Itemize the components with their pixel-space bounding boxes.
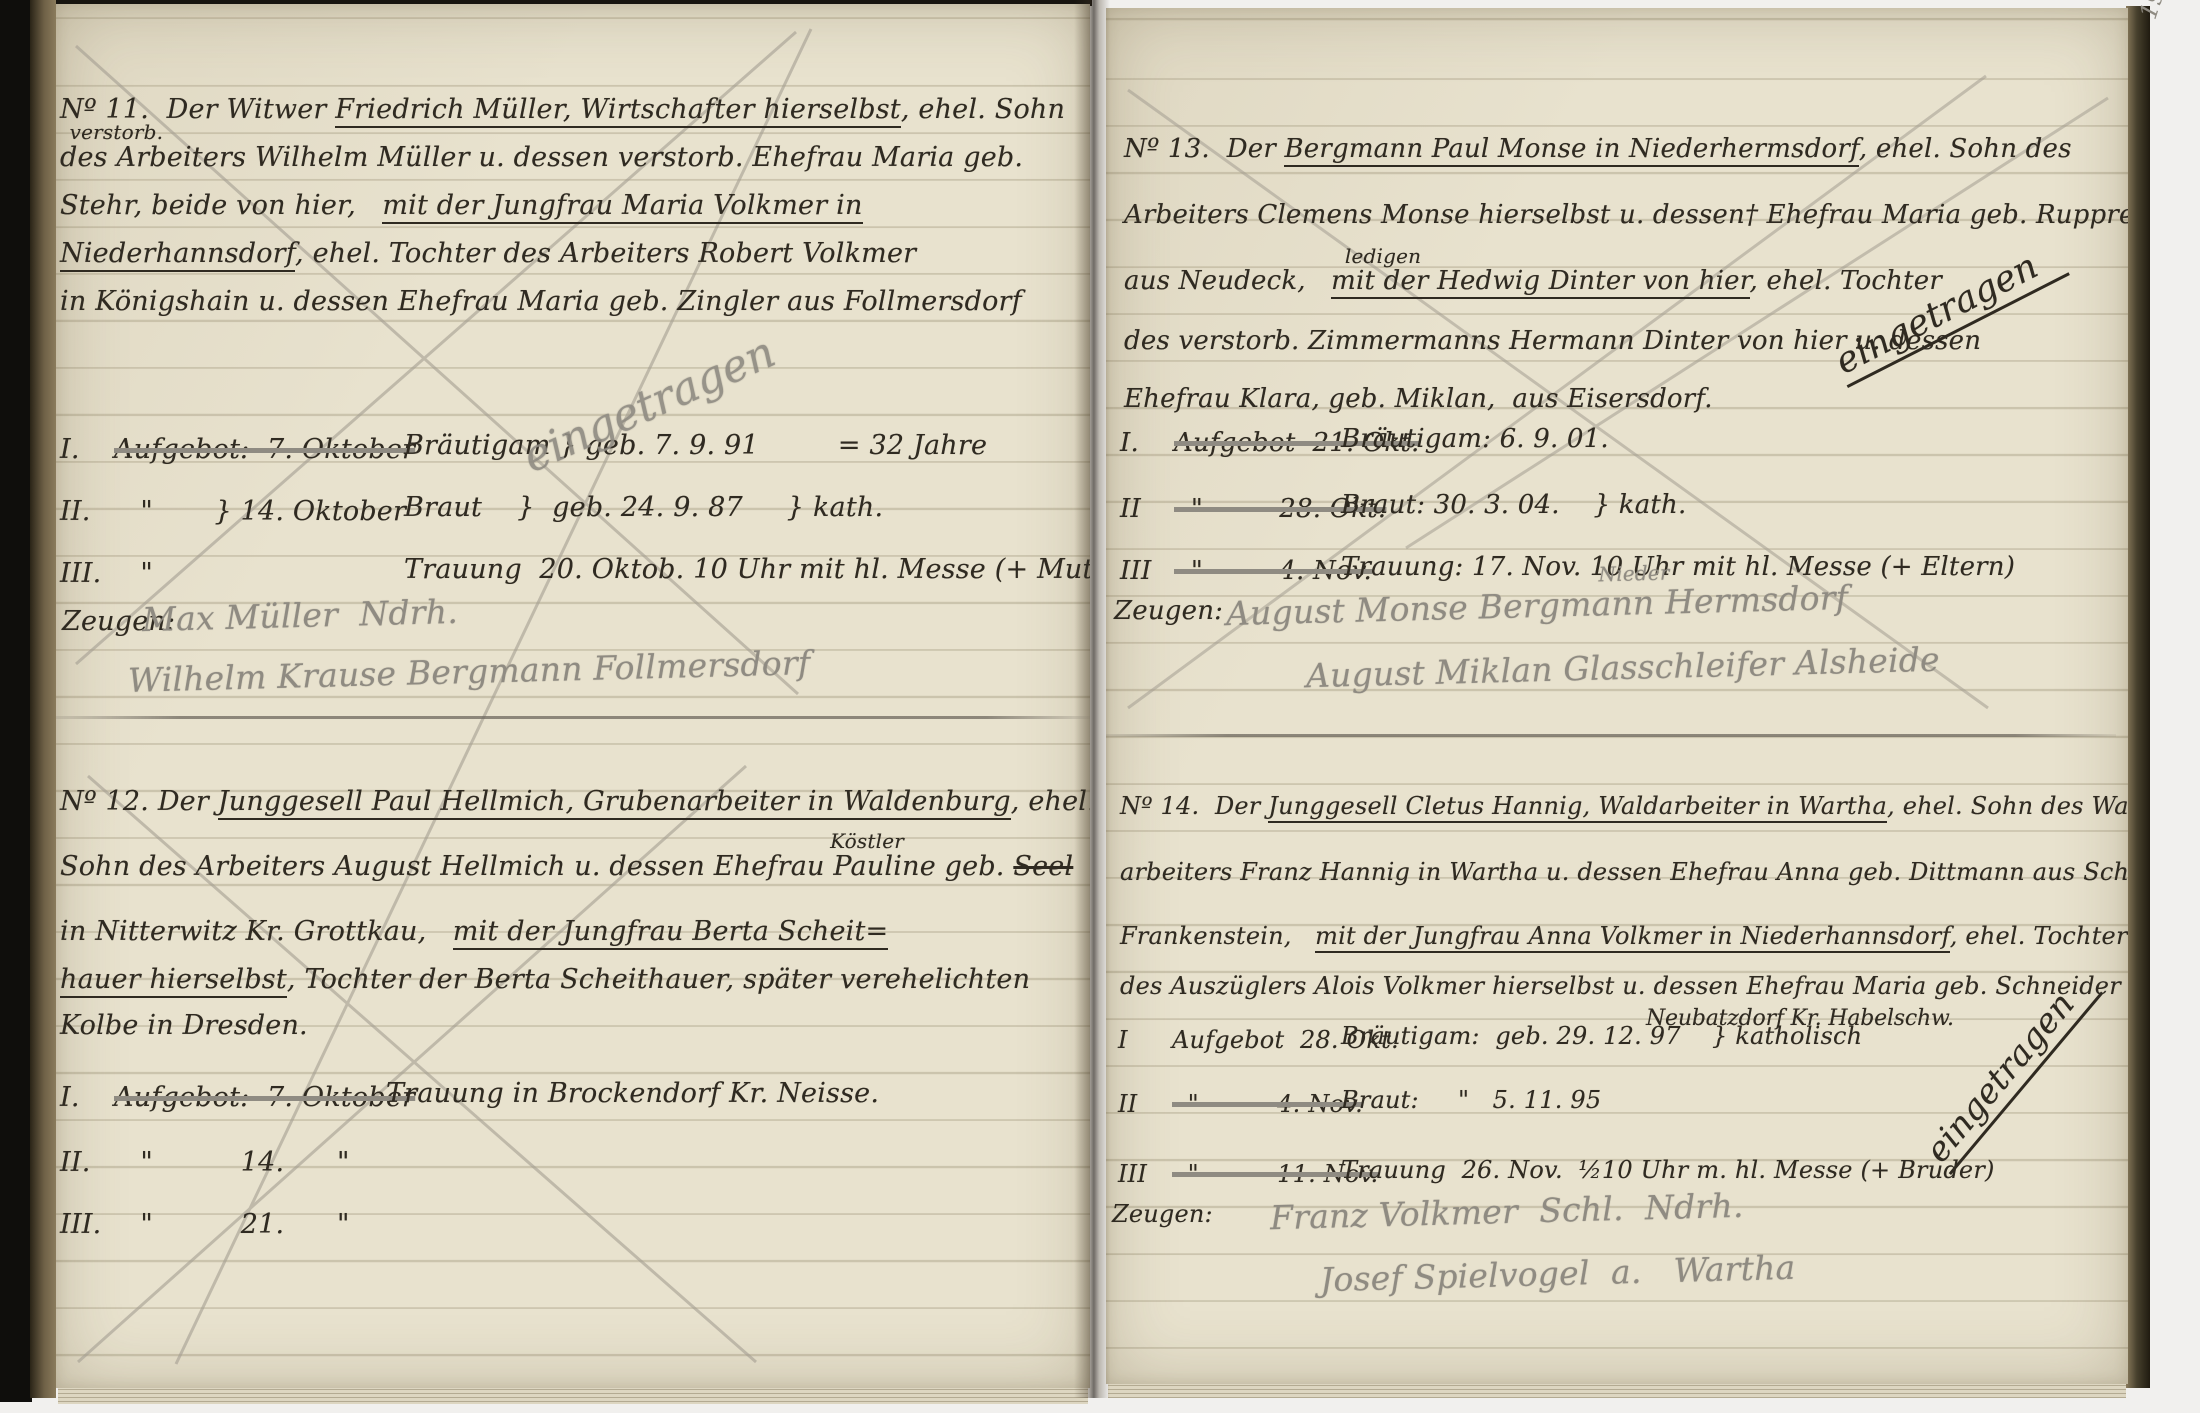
bann-numeral: I <box>1118 1026 1172 1054</box>
bann-numeral: II <box>1118 1090 1172 1118</box>
register-line: arbeiters Franz Hannig in Wartha u. dess… <box>1120 858 2128 886</box>
text-segment: , ehel. Sohn <box>901 94 1065 125</box>
bann-row: II " 4. Nov. <box>1118 1090 1363 1118</box>
text-segment: Niederhannsdorf <box>60 238 295 272</box>
text-segment: , ehel. Tochter <box>1950 922 2128 950</box>
bann-numeral: II. <box>60 496 114 527</box>
page-left: Nº 11. Der Witwer Friedrich Müller, Wirt… <box>56 4 1090 1388</box>
text-segment: , ehel. Sohn des Wald= <box>1887 792 2128 820</box>
text-segment: mit der Jungfrau Maria Volkmer in <box>382 190 862 224</box>
register-line: Nº 12. Der Junggesell Paul Hellmich, Gru… <box>60 786 1090 817</box>
bann-date: Aufgebot: 7. Oktober <box>114 434 415 465</box>
text-segment: , ehel. <box>1011 786 1090 817</box>
interlinear-insert: Köstler <box>830 829 904 853</box>
bann-detail: Bräutigam } geb. 7. 9. 91 = 32 Jahre <box>404 430 987 461</box>
page-stack-edge-right <box>1108 1382 2126 1398</box>
text-segment: , ehel. Tochter <box>1750 266 1942 296</box>
text-segment: hauer hierselbst <box>60 964 287 998</box>
page-right: Nº 13. Der Bergmann Paul Monse in Nieder… <box>1106 8 2128 1384</box>
bann-numeral: II <box>1120 494 1174 524</box>
text-segment: Nº 13. Der <box>1124 134 1284 164</box>
register-line: Kolbe in Dresden. <box>60 1010 308 1041</box>
text-segment: mit der Jungfrau Berta Scheit= <box>453 916 889 950</box>
text-segment: , ehel. Sohn des <box>1859 134 2072 164</box>
bann-detail: Braut: 30. 3. 04. } kath. <box>1341 490 1686 520</box>
bann-detail: Trauung in Brockendorf Kr. Neisse. <box>386 1078 879 1109</box>
text-segment: in Königshain u. dessen Ehefrau Maria ge… <box>60 286 1022 317</box>
witnesses-label: Zeugen: <box>1112 1200 1213 1228</box>
text-segment: Junggesell Paul Hellmich, Grubenarbeiter… <box>218 786 1011 820</box>
register-line: aus Neudeck, mit der Hedwig Dinter von h… <box>1124 266 1942 296</box>
bann-detail: Trauung: 17. Nov. 10 Uhr mit hl. Messe (… <box>1341 552 2015 582</box>
bann-detail: Bräutigam: 6. 9. 01. <box>1341 424 1609 454</box>
register-line: in Nitterwitz Kr. Grottkau, mit der Jung… <box>60 916 888 947</box>
book-cover-edge-right <box>2126 6 2150 1388</box>
text-segment: Ehefrau Klara, geb. Miklan, aus Eisersdo… <box>1124 384 1713 414</box>
bann-numeral: I. <box>60 434 114 465</box>
bann-detail: Trauung 20. Oktob. 10 Uhr mit hl. Messe … <box>404 554 1090 585</box>
bann-row: III " 4. Nov. <box>1120 556 1372 586</box>
bann-row: III. " <box>60 558 153 589</box>
register-line: Sohn des Arbeiters August Hellmich u. de… <box>60 851 1073 882</box>
bann-numeral: I. <box>60 1082 114 1113</box>
register-line: des Arbeiters Wilhelm Müller u. dessen v… <box>60 142 1023 173</box>
bann-row: I.Aufgebot: 7. Oktober <box>60 1082 415 1113</box>
bann-detail: Bräutigam: geb. 29. 12. 97 } katholisch <box>1341 1022 1862 1050</box>
text-segment: Sohn des Arbeiters August Hellmich u. de… <box>60 851 1013 882</box>
text-segment: aus Neudeck, <box>1124 266 1331 296</box>
bann-row: II. " } 14. Oktober <box>60 496 406 527</box>
text-segment: des Auszüglers Alois Volkmer hierselbst … <box>1120 972 2128 1000</box>
bann-numeral: III. <box>60 1209 114 1240</box>
bann-row: III " 11. Nov. <box>1118 1160 1378 1188</box>
bann-row: II. " 14. " <box>60 1147 350 1178</box>
witness-name: August Monse Bergmann HermsdorfNieder <box>1226 578 1849 633</box>
interlinear-insert: Nieder <box>1598 561 1670 587</box>
register-line: Frankenstein, mit der Jungfrau Anna Volk… <box>1120 922 2128 950</box>
register-line: Nº 11. Der Witwer Friedrich Müller, Wirt… <box>60 94 1065 125</box>
bann-date: " 14. " <box>114 1147 350 1178</box>
register-line: in Königshain u. dessen Ehefrau Maria ge… <box>60 286 1022 317</box>
text-segment: in Nitterwitz Kr. Grottkau, <box>60 916 453 947</box>
witness-name: Josef Spielvogel a. Wartha <box>1320 1248 1796 1299</box>
register-line: Stehr, beide von hier, mit der Jungfrau … <box>60 190 863 221</box>
bann-numeral: III <box>1120 556 1174 586</box>
text-segment: mit der Hedwig Dinter von hier <box>1331 266 1749 299</box>
bann-detail: Braut: " 5. 11. 95 <box>1341 1086 1601 1114</box>
scan-edge-left <box>0 0 32 1402</box>
text-segment: arbeiters Franz Hannig in Wartha u. dess… <box>1120 858 2128 886</box>
entry-divider <box>56 716 1090 719</box>
text-segment: Nº 14. Der <box>1120 792 1268 820</box>
bann-date: " <box>114 558 153 589</box>
bann-numeral: I. <box>1120 428 1174 458</box>
bann-detail: Braut } geb. 24. 9. 87 } kath. <box>404 492 883 523</box>
text-segment: , Tochter der Berta Scheithauer, später … <box>287 964 1030 995</box>
witness-name: Max Müller Ndrh. <box>142 592 459 639</box>
book-gutter-shadow <box>1074 0 1110 1398</box>
witness-name: August Miklan Glasschleifer Alsheide <box>1306 640 1941 696</box>
bann-numeral: III. <box>60 558 114 589</box>
text-segment: Junggesell Cletus Hannig, Waldarbeiter i… <box>1268 792 1887 823</box>
text-segment: , ehel. Tochter des Arbeiters Robert Vol… <box>295 238 916 269</box>
register-line: Arbeiters Clemens Monse hierselbst u. de… <box>1124 200 2128 230</box>
interlinear-insert: verstorb. <box>70 120 164 144</box>
register-line: hauer hierselbst, Tochter der Berta Sche… <box>60 964 1030 995</box>
bann-detail: Trauung 26. Nov. ½10 Uhr m. hl. Messe (+… <box>1341 1156 1995 1184</box>
register-line: des Auszüglers Alois Volkmer hierselbst … <box>1120 972 2128 1000</box>
bann-date: " 21. " <box>114 1209 350 1240</box>
bann-row: III. " 21. " <box>60 1209 350 1240</box>
text-segment: mit der Jungfrau Anna Volkmer in Niederh… <box>1315 922 1950 953</box>
book-cover-edge-left <box>30 0 56 1398</box>
bann-date: " 4. Nov. <box>1172 1090 1363 1118</box>
witness-name: Franz Volkmer Schl. Ndrh. <box>1270 1186 1744 1237</box>
register-line: Nº 13. Der Bergmann Paul Monse in Nieder… <box>1124 134 2072 164</box>
witnesses-label: Zeugen: <box>1114 596 1223 626</box>
scanned-register-spread: Nº 11. Der Witwer Friedrich Müller, Wirt… <box>0 0 2200 1413</box>
witness-name: Wilhelm Krause Bergmann Follmersdorf <box>128 643 811 700</box>
text-segment: Friedrich Müller, Wirtschafter hierselbs… <box>335 94 901 128</box>
register-line: Niederhannsdorf, ehel. Tochter des Arbei… <box>60 238 916 269</box>
text-segment: Frankenstein, <box>1120 922 1315 950</box>
bann-date: " } 14. Oktober <box>114 496 406 527</box>
page-stack-edge-left <box>58 1386 1088 1404</box>
processed-annotation: eingetragen <box>1827 234 2070 388</box>
text-segment: Stehr, beide von hier, <box>60 190 382 221</box>
bann-row: I.Aufgebot: 7. Oktober <box>60 434 415 465</box>
bann-numeral: II. <box>60 1147 114 1178</box>
bann-numeral: III <box>1118 1160 1172 1188</box>
register-line: Ehefrau Klara, geb. Miklan, aus Eisersdo… <box>1124 384 1713 414</box>
text-segment: Arbeiters Clemens Monse hierselbst u. de… <box>1124 200 2128 230</box>
text-segment: Nº 12. Der <box>60 786 218 817</box>
text-segment: Bergmann Paul Monse in Niederhermsdorf <box>1284 134 1858 167</box>
entry-divider <box>1106 734 2116 737</box>
interlinear-insert: ledigen <box>1345 244 1421 268</box>
bann-date: Aufgebot: 7. Oktober <box>114 1082 415 1113</box>
text-segment: Seel <box>1013 851 1073 882</box>
text-segment: des Arbeiters Wilhelm Müller u. dessen v… <box>60 142 1023 173</box>
register-line: Nº 14. Der Junggesell Cletus Hannig, Wal… <box>1120 792 2128 820</box>
text-segment: Kolbe in Dresden. <box>60 1010 308 1041</box>
